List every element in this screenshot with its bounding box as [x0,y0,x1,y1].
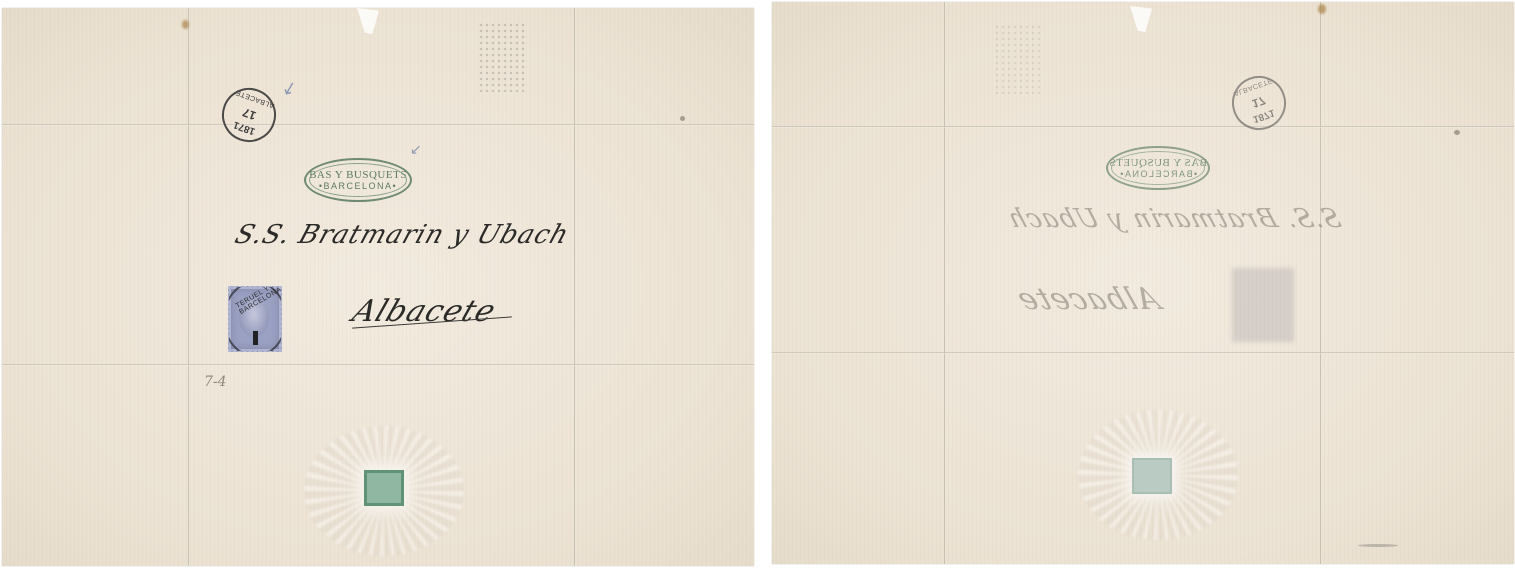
fold-line [188,8,190,566]
torn-hole [357,8,379,34]
postmark-datestamp: 1871 17 ALBACETE [214,80,283,149]
ink-spot [680,116,685,121]
stain [182,20,189,29]
letter-front: 1871 17 ALBACETE ↙ ↙ BAS Y BUSQUETS •BAR… [2,8,754,566]
wafer-seal [364,470,404,506]
cachet-city: •BARCELONA• [319,181,397,192]
stamp-show-through [1232,268,1294,342]
fold-line [1320,2,1322,564]
destination-city: Albacete [348,294,501,329]
letter-back: 1871 17 ALBACETE BAS Y BUSQUETS •BARCELO… [772,2,1514,564]
pencil-mark [1358,544,1398,547]
firm-cachet-mirror: BAS Y BUSQUETS •BARCELONA• [1106,146,1210,190]
stain [1318,4,1326,14]
addressee-name-mirror: S.S. Bratmarin y Ubach [1003,204,1345,234]
offset-ghost [478,22,526,92]
fold-line [574,8,576,566]
fold-line [772,352,1514,354]
postage-stamp: TERUEL Y BARCELONA [228,286,282,352]
arrow-icon: ↙ [410,142,422,158]
firm-cachet: BAS Y BUSQUETS •BARCELONA• [304,158,412,202]
pencil-note: 7-4 [204,374,227,390]
fold-line [2,124,754,126]
destination-city-mirror: Albacete [1012,282,1165,317]
arrow-icon: ↙ [280,76,300,100]
wafer-seal-back [1132,458,1172,494]
ink-spot [1454,130,1460,135]
addressee-name: S.S. Bratmarin y Ubach [231,220,573,250]
fold-line [944,2,946,564]
stamp-cancel-numeral [253,331,258,345]
fold-line [2,364,754,366]
torn-hole [1130,6,1152,32]
offset-ghost [994,24,1042,94]
fold-line [772,126,1514,128]
cachet-firm-name: BAS Y BUSQUETS [309,169,407,181]
cachet-city: •BARCELONA• [1119,169,1197,180]
cachet-firm-name: BAS Y BUSQUETS [1109,157,1207,169]
